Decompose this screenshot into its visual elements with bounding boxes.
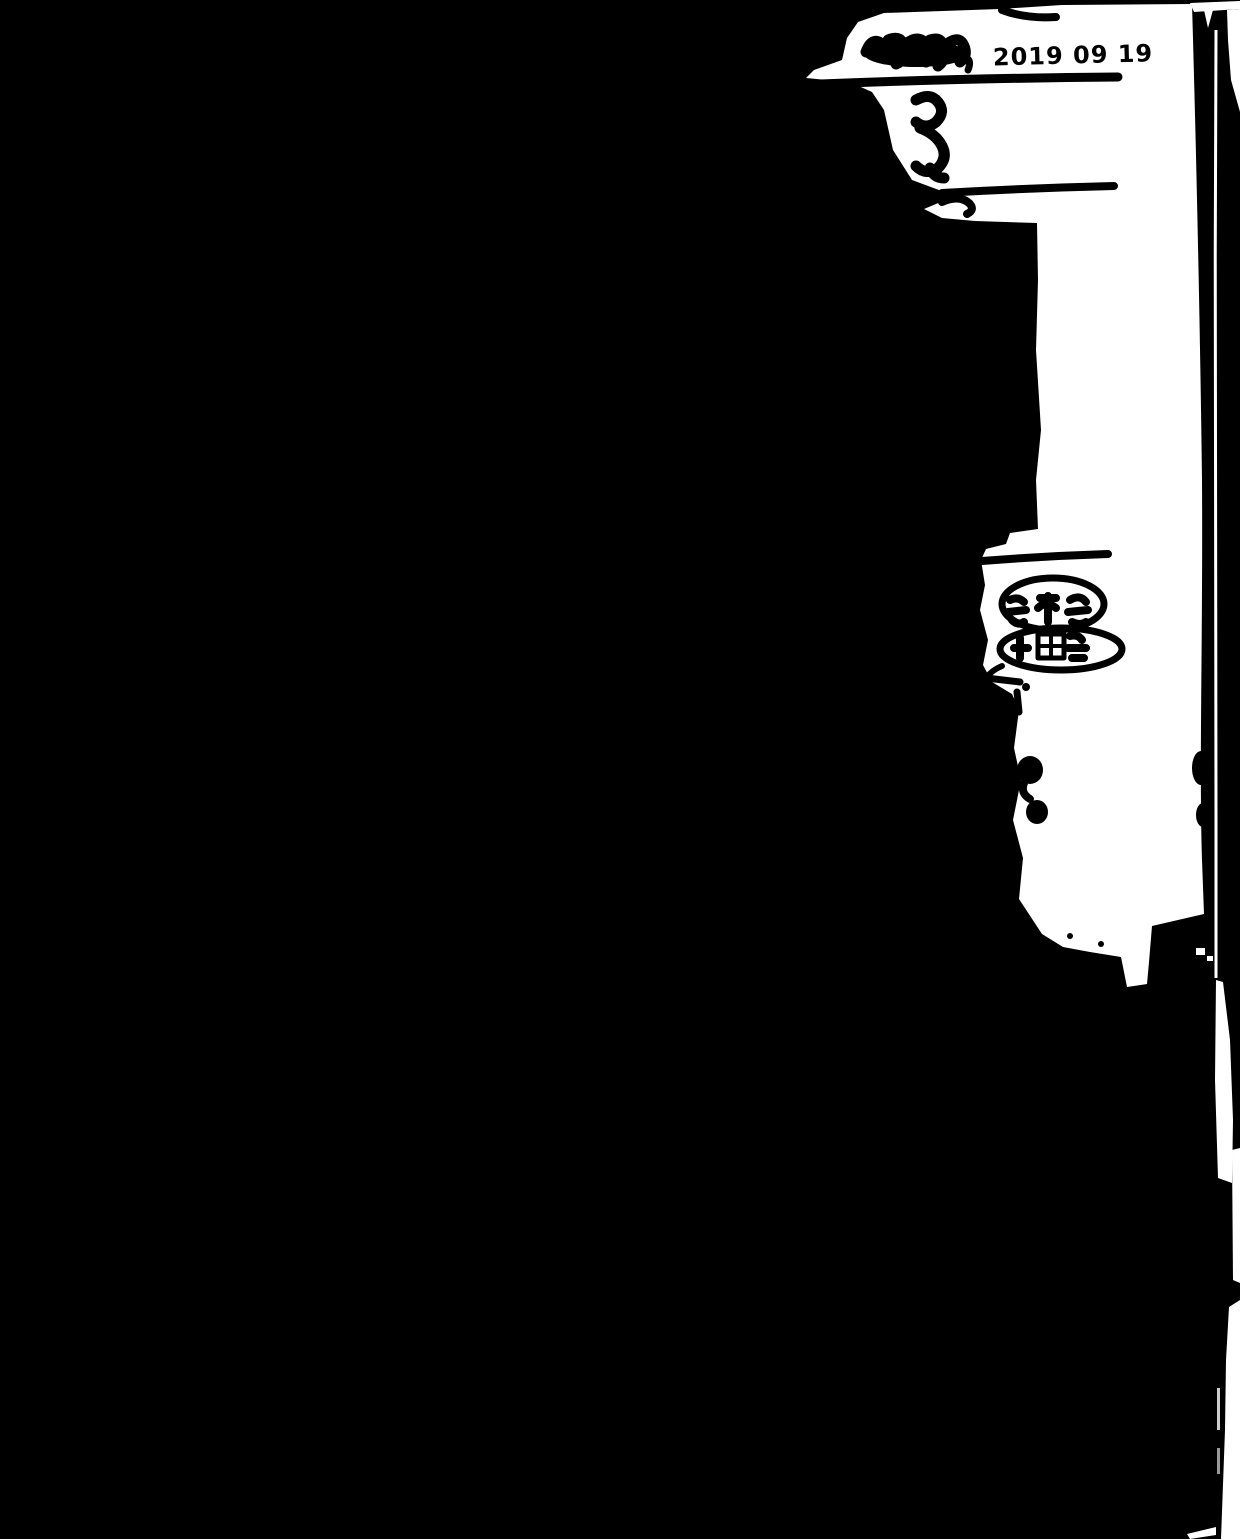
right-edge-sliver: [1232, 1148, 1240, 1283]
edge-band-nub-2: [1196, 803, 1210, 827]
document-photo-canvas: 2019 09 19: [0, 0, 1240, 1539]
label-comma: [966, 58, 970, 70]
ink-speck-2: [1098, 941, 1104, 947]
edge-dash-2: [1217, 1448, 1220, 1474]
ink-speck-1: [1067, 933, 1073, 939]
edge-band-nub-1: [1192, 751, 1210, 785]
edge-dash-1: [1217, 1388, 1220, 1430]
annotation-glyphs-row1: [1008, 596, 1088, 624]
white-speck-2: [1207, 956, 1213, 961]
white-speck-1: [1196, 948, 1205, 955]
binarized-document-photo: 2019 09 19: [0, 0, 1240, 1539]
underline-4: [986, 678, 1020, 682]
handwritten-date: 2019 09 19: [993, 39, 1154, 71]
ink-blob-1: [1017, 756, 1043, 784]
ink-blob-2: [1026, 800, 1048, 824]
ink-dot-1: [1022, 683, 1030, 691]
margin-dash: [1017, 692, 1019, 712]
page-edge-highlight-line: [1215, 30, 1216, 978]
